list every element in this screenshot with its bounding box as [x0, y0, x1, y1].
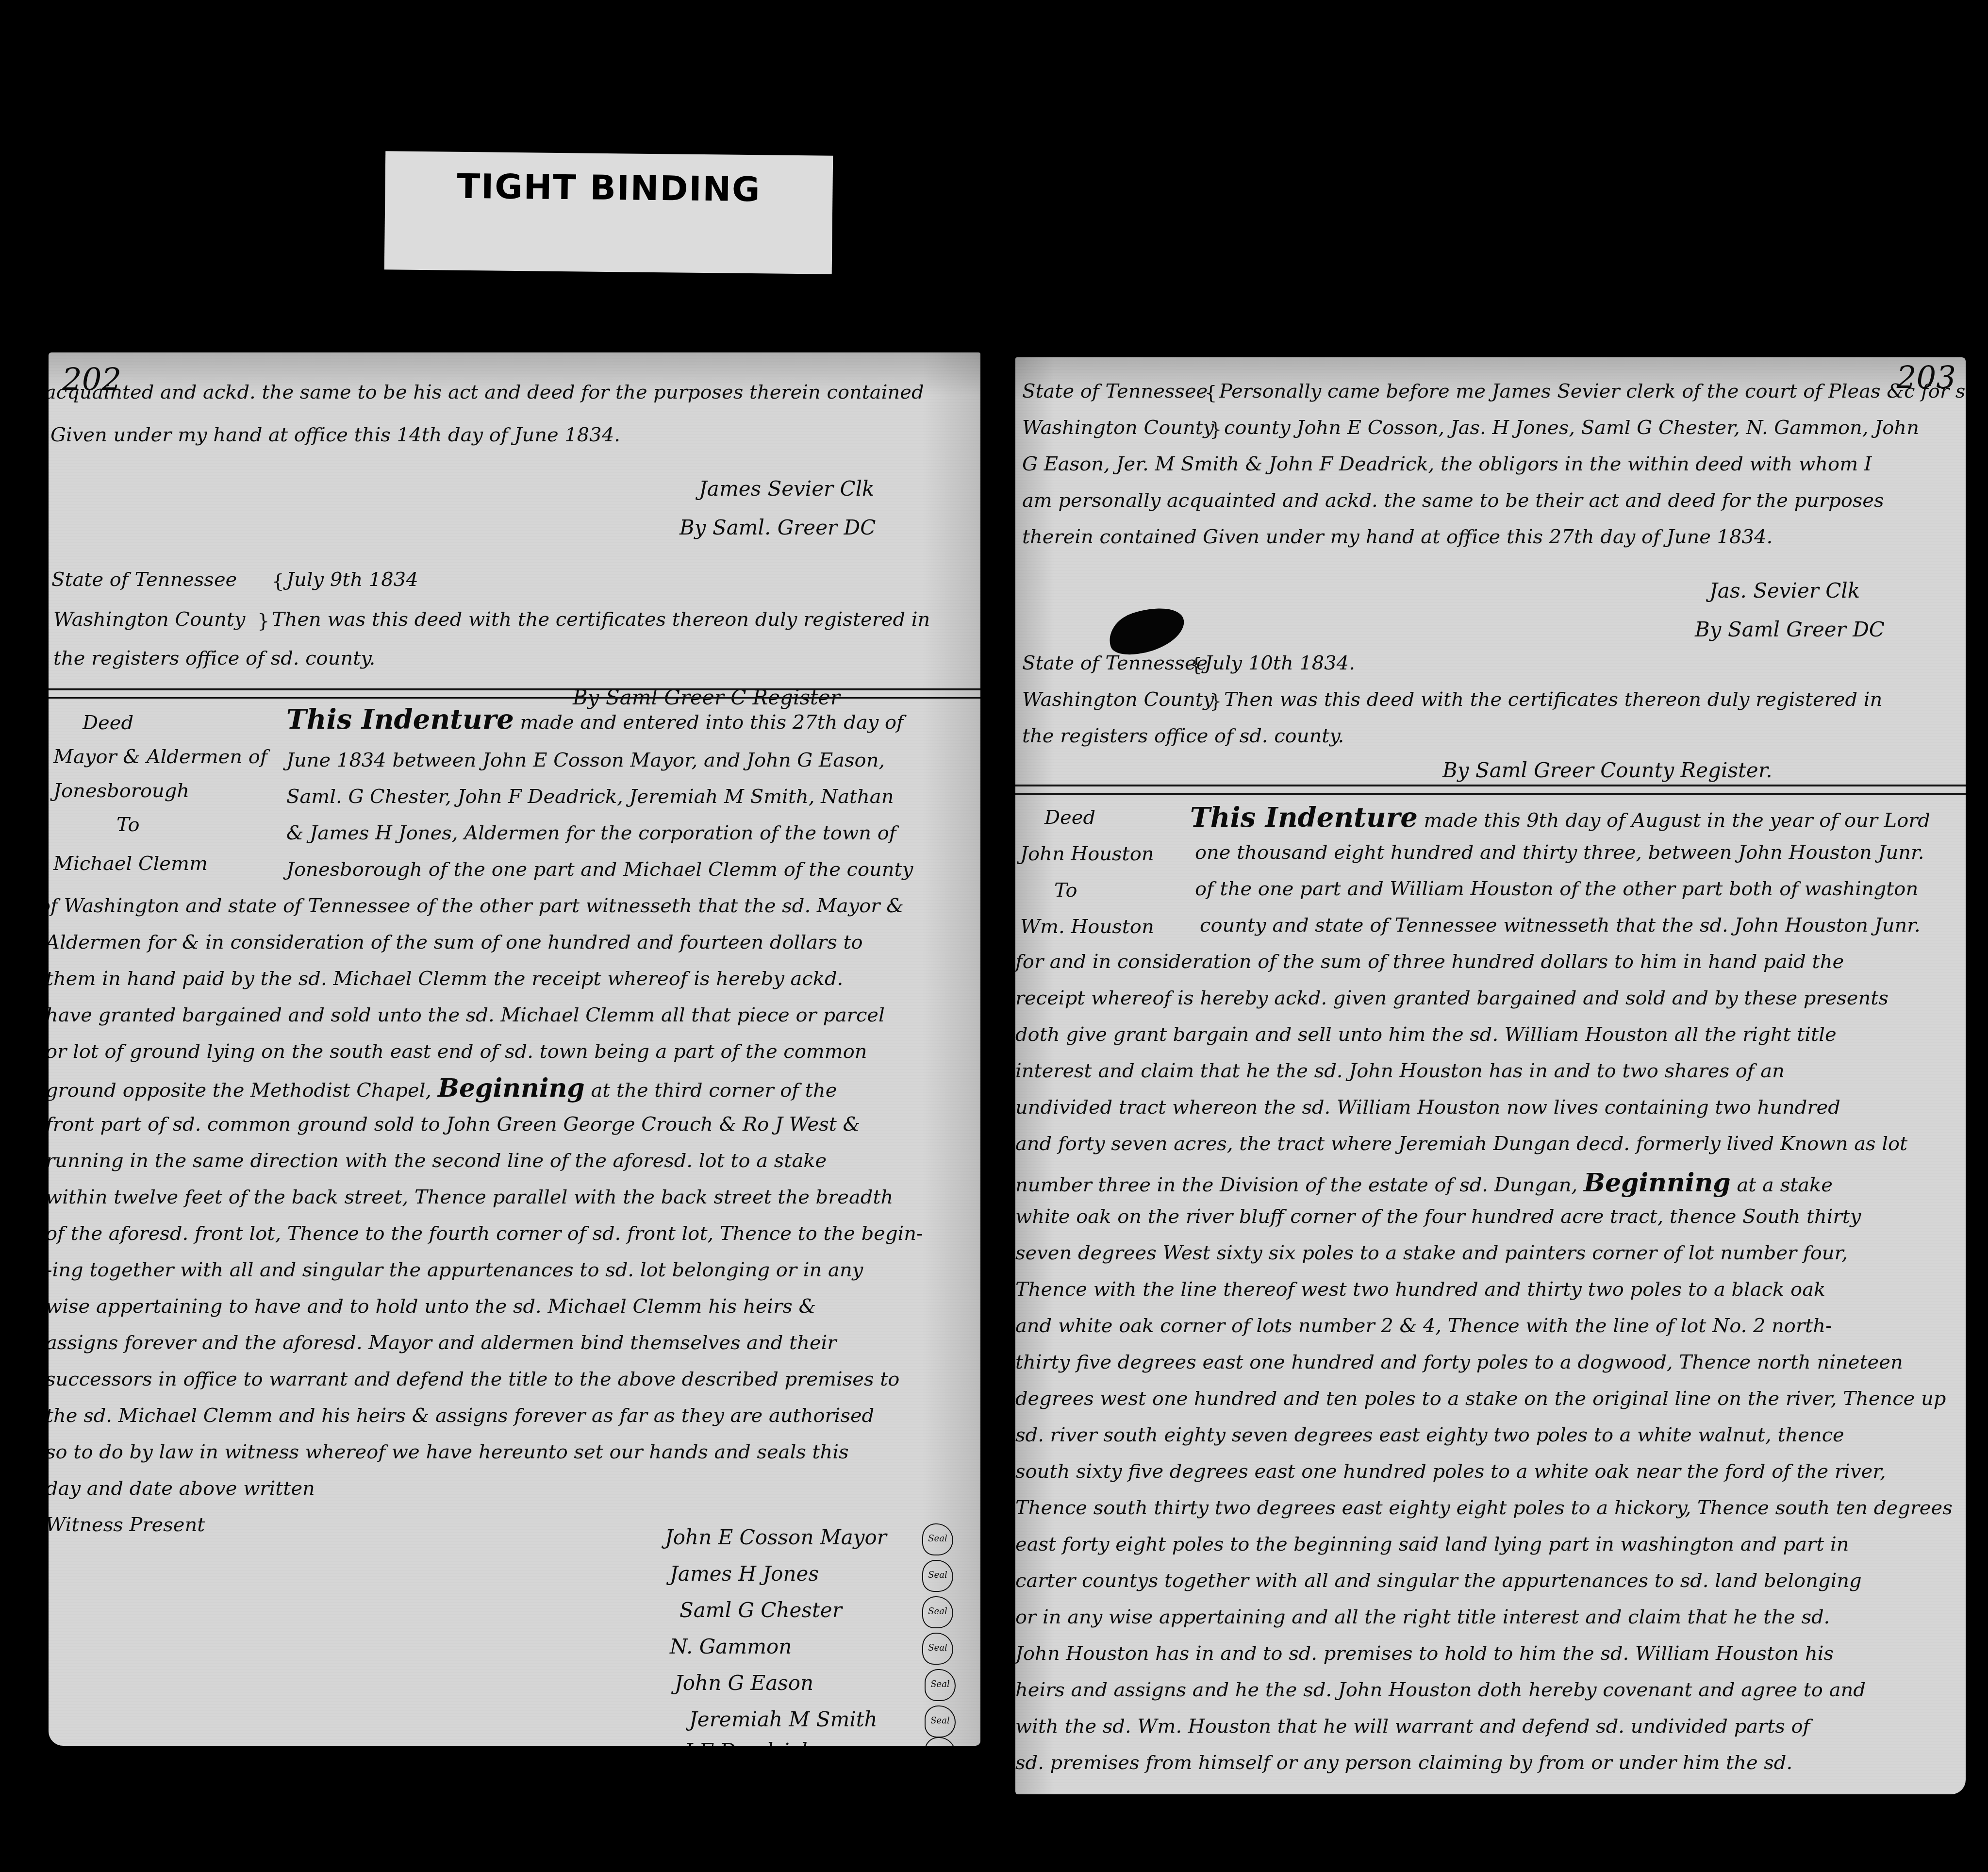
- deed-line: carter countys together with all and sin…: [1015, 1571, 1862, 1590]
- deed-line: sd. river south eighty seven degrees eas…: [1015, 1425, 1844, 1445]
- deed-to: To: [1054, 879, 1077, 902]
- deed-line: so to do by law in witness whereof we ha…: [49, 1442, 849, 1462]
- deed-grantee: Michael Clemm: [53, 852, 208, 875]
- deed-line: made this 9th day of August in the year …: [1424, 809, 1930, 832]
- deed-line-beginning: ground opposite the Methodist Chapel, Be…: [49, 1076, 837, 1101]
- signatory-name: Saml G Chester: [679, 1600, 842, 1621]
- deed-line: -ing together with all and singular the …: [49, 1260, 863, 1280]
- registration-state: State of Tennessee: [1022, 653, 1208, 673]
- deed-line: of the one part and William Houston of t…: [1195, 879, 1918, 899]
- deed-line: county and state of Tennessee witnesseth…: [1200, 916, 1921, 935]
- deed-line: wise appertaining to have and to hold un…: [49, 1297, 816, 1316]
- brace-icon: {: [1190, 653, 1202, 676]
- signatory-name: John G Eason: [675, 1673, 813, 1693]
- deed-line: or lot of ground lying on the south east…: [49, 1042, 867, 1061]
- deed-line-beginning: number three in the Division of the esta…: [1015, 1170, 1833, 1196]
- seal-icon: Seal: [922, 1633, 953, 1665]
- deed-line: the sd. Michael Clemm and his heirs & as…: [49, 1406, 874, 1425]
- witness-label: Witness Present: [49, 1515, 205, 1535]
- signatory-name: James H Jones: [670, 1564, 819, 1584]
- deed-line: south sixty five degrees east one hundre…: [1015, 1462, 1886, 1481]
- deputy-clerk-signature: By Saml. Greer DC: [679, 518, 876, 538]
- indenture-heading: This Indenture: [1190, 802, 1418, 834]
- deed-line: at a stake: [1737, 1174, 1833, 1196]
- registration-text: the registers office of sd. county.: [1022, 726, 1344, 746]
- deed-line: seven degrees West sixty six poles to a …: [1015, 1243, 1848, 1263]
- certificate-line: G Eason, Jer. M Smith & John F Deadrick,…: [1022, 454, 1872, 474]
- deed-line: interest and claim that he the sd. John …: [1015, 1061, 1785, 1081]
- deed-line: east forty eight poles to the beginning …: [1015, 1535, 1849, 1554]
- deed-line: number three in the Division of the esta…: [1015, 1174, 1577, 1196]
- seal-icon: Seal: [925, 1669, 956, 1701]
- brace-icon: {: [1205, 382, 1217, 404]
- deed-line: ground opposite the Methodist Chapel,: [49, 1079, 431, 1102]
- deed-line: assigns forever and the aforesd. Mayor a…: [49, 1333, 836, 1353]
- registration-date: July 10th 1834.: [1205, 653, 1355, 673]
- beginning-word: Beginning: [438, 1073, 585, 1103]
- signatory-name: John E Cosson Mayor: [665, 1527, 887, 1548]
- certificate-line: therein contained Given under my hand at…: [1022, 527, 1773, 547]
- registration-text: the registers office of sd. county.: [53, 649, 375, 668]
- deputy-clerk-signature: By Saml Greer DC: [1695, 619, 1885, 640]
- deed-line: Jonesborough of the one part and Michael…: [286, 860, 913, 879]
- deed-line: Thence with the line thereof west two hu…: [1015, 1280, 1825, 1299]
- beginning-word: Beginning: [1584, 1168, 1731, 1198]
- certificate-line: acquainted and ackd. the same to be his …: [49, 383, 924, 402]
- registration-text: Then was this deed with the certificates…: [1224, 690, 1882, 709]
- deed-line: of the aforesd. front lot, Thence to the…: [49, 1224, 923, 1243]
- deed-line: Saml. G Chester, John F Deadrick, Jeremi…: [286, 787, 894, 806]
- seal-icon: Seal: [922, 1560, 953, 1592]
- deed-line: within twelve feet of the back street, T…: [49, 1187, 893, 1207]
- deed-grantor-place: Jonesborough: [53, 780, 189, 802]
- seal-icon: Seal: [922, 1596, 953, 1628]
- deed-grantee: Wm. Houston: [1020, 916, 1154, 938]
- certificate-line: county John E Cosson, Jas. H Jones, Saml…: [1224, 418, 1919, 437]
- left-page: 202 acquainted and ackd. the same to be …: [49, 352, 980, 1746]
- registration-date: July 9th 1834: [286, 570, 418, 589]
- deed-line: of Washington and state of Tennessee of …: [49, 896, 904, 916]
- deed-line: sd. premises from himself or any person …: [1015, 1753, 1792, 1772]
- deed-heading-line: This Indenture made this 9th day of Augu…: [1190, 804, 1930, 831]
- deed-line: receipt whereof is hereby ackd. given gr…: [1015, 988, 1889, 1008]
- deed-line: white oak on the river bluff corner of t…: [1015, 1207, 1861, 1226]
- signatory-name: N. Gammon: [670, 1637, 792, 1657]
- tight-binding-label: TIGHT BINDING: [384, 151, 833, 274]
- brace-icon: {: [272, 570, 284, 592]
- deed-line: or in any wise appertaining and all the …: [1015, 1607, 1830, 1627]
- deed-heading-line: This Indenture made and entered into thi…: [286, 706, 904, 733]
- deed-line: Aldermen for & in consideration of the s…: [49, 933, 863, 952]
- deed-grantor: Mayor & Aldermen of: [53, 746, 267, 768]
- seal-icon: Seal: [925, 1705, 956, 1738]
- deed-line: have granted bargained and sold unto the…: [49, 1005, 885, 1025]
- deed-line: with the sd. Wm. Houston that he will wa…: [1015, 1717, 1810, 1736]
- signatory-name: J F Deadrick: [684, 1741, 813, 1746]
- deed-to: To: [116, 814, 140, 836]
- certificate-line: am personally acquainted and ackd. the s…: [1022, 491, 1884, 510]
- section-divider: [1015, 785, 1966, 795]
- deed-line: and white oak corner of lots number 2 & …: [1015, 1316, 1832, 1336]
- deed-line: thirty five degrees east one hundred and…: [1015, 1353, 1903, 1372]
- deed-line: & James H Jones, Aldermen for the corpor…: [286, 823, 896, 843]
- clerk-signature: James Sevier Clk: [699, 479, 875, 499]
- deed-margin-title: Deed: [83, 712, 133, 734]
- deed-grantor: John Houston: [1020, 843, 1154, 865]
- deed-line: John Houston has in and to sd. premises …: [1015, 1644, 1834, 1663]
- deed-line: heirs and assigns and he the sd. John Ho…: [1015, 1680, 1866, 1700]
- deed-line: successors in office to warrant and defe…: [49, 1370, 899, 1389]
- deed-line: degrees west one hundred and ten poles t…: [1015, 1389, 1946, 1408]
- seal-icon: Seal: [922, 1523, 953, 1555]
- register-signature: By Saml Greer County Register.: [1442, 760, 1773, 781]
- deed-line: June 1834 between John E Cosson Mayor, a…: [286, 751, 885, 770]
- deed-line: made and entered into this 27th day of: [520, 711, 904, 734]
- deed-line: for and in consideration of the sum of t…: [1015, 952, 1844, 971]
- certificate-state: State of Tennessee: [1022, 382, 1208, 401]
- deed-line: Thence south thirty two degrees east eig…: [1015, 1498, 1953, 1518]
- section-divider: [49, 688, 980, 699]
- deed-line: undivided tract whereon the sd. William …: [1015, 1098, 1840, 1117]
- deed-line: day and date above written: [49, 1479, 315, 1498]
- registration-state: State of Tennessee: [51, 570, 237, 589]
- indenture-heading: This Indenture: [286, 703, 514, 735]
- deed-line: them in hand paid by the sd. Michael Cle…: [49, 969, 843, 988]
- certificate-county: Washington County: [1022, 418, 1214, 437]
- signatory-name: Jeremiah M Smith: [689, 1709, 878, 1730]
- deed-line: doth give grant bargain and sell unto hi…: [1015, 1025, 1837, 1044]
- registration-county: Washington County: [1022, 690, 1214, 709]
- deed-line: running in the same direction with the s…: [49, 1151, 827, 1170]
- clerk-signature: Jas. Sevier Clk: [1709, 581, 1860, 601]
- brace-icon: }: [257, 610, 269, 632]
- registration-county: Washington County: [53, 610, 245, 629]
- tight-binding-text: TIGHT BINDING: [385, 166, 833, 210]
- right-page: 203 State of Tennessee { Personally came…: [1015, 357, 1966, 1794]
- deed-line: one thousand eight hundred and thirty th…: [1195, 843, 1924, 862]
- brace-icon: }: [1209, 418, 1222, 440]
- brace-icon: }: [1209, 690, 1222, 712]
- deed-margin-title: Deed: [1044, 806, 1095, 829]
- registration-text: Then was this deed with the certificates…: [272, 610, 930, 629]
- deed-line: front part of sd. common ground sold to …: [49, 1115, 860, 1134]
- deed-line: at the third corner of the: [591, 1079, 837, 1102]
- certificate-line: Personally came before me James Sevier c…: [1219, 382, 1966, 401]
- deed-line: and forty seven acres, the tract where J…: [1015, 1134, 1907, 1153]
- certificate-line: Given under my hand at office this 14th …: [50, 425, 620, 445]
